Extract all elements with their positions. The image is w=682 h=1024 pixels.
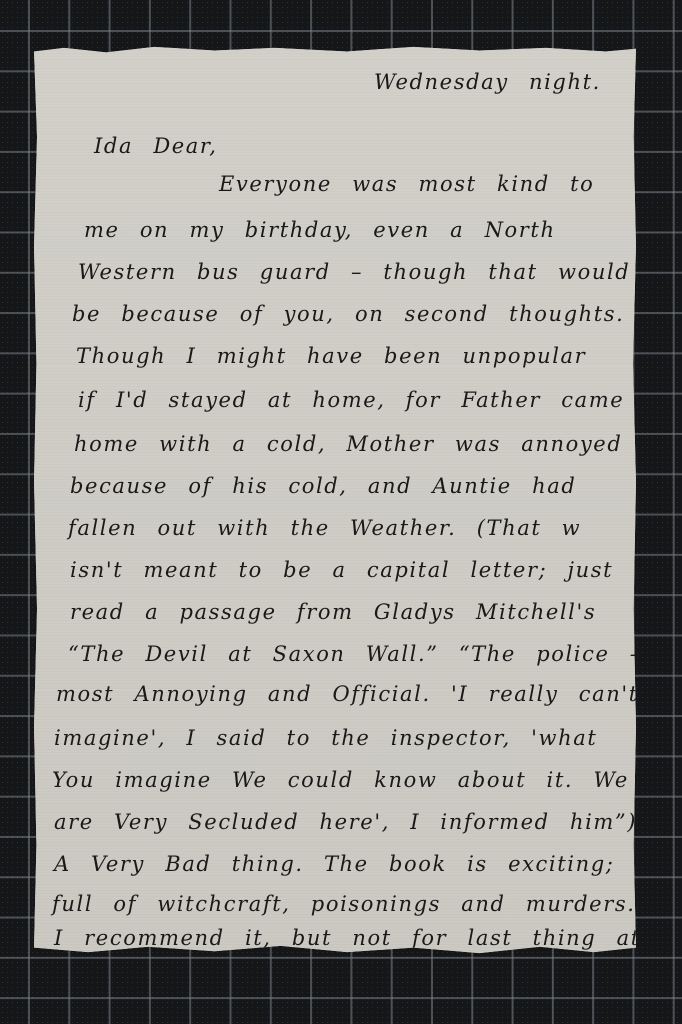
letter-line: “The Devil at Saxon Wall.” “The police – — [68, 642, 642, 666]
letter-line: if I'd stayed at home, for Father came — [78, 388, 624, 412]
letter-line: be because of you, on second thoughts. — [72, 302, 624, 326]
letter-line: Though I might have been unpopular — [76, 344, 586, 368]
letter-line: me on my birthday, even a North — [84, 218, 556, 242]
date-line: Wednesday night. — [374, 70, 601, 94]
letter-line: Everyone was most kind to — [219, 172, 594, 196]
letter-line: I recommend it, but not for last thing a… — [54, 926, 641, 950]
letter-line: imagine', I said to the inspector, 'what — [54, 726, 597, 750]
letter-line: are Very Secluded here', I informed him”… — [54, 810, 637, 834]
letter-line: fallen out with the Weather. (That w — [68, 516, 581, 540]
letter-line: read a passage from Gladys Mitchell's — [70, 600, 596, 624]
letter-line: Western bus guard – though that would — [78, 260, 630, 284]
letter-line: full of witchcraft, poisonings and murde… — [52, 892, 635, 916]
letter-line: most Annoying and Official. 'I really ca… — [56, 682, 639, 706]
letter-line: You imagine We could know about it. We — [52, 768, 629, 792]
letter-line: home with a cold, Mother was annoyed — [74, 432, 622, 456]
letter-line: because of his cold, and Auntie had — [70, 474, 576, 498]
salutation: Ida Dear, — [94, 134, 218, 158]
letter-line: isn't meant to be a capital letter; just — [70, 558, 613, 582]
letter-line: A Very Bad thing. The book is exciting; — [54, 852, 614, 876]
letter-page: Wednesday night. Ida Dear, Everyone was … — [34, 46, 636, 954]
